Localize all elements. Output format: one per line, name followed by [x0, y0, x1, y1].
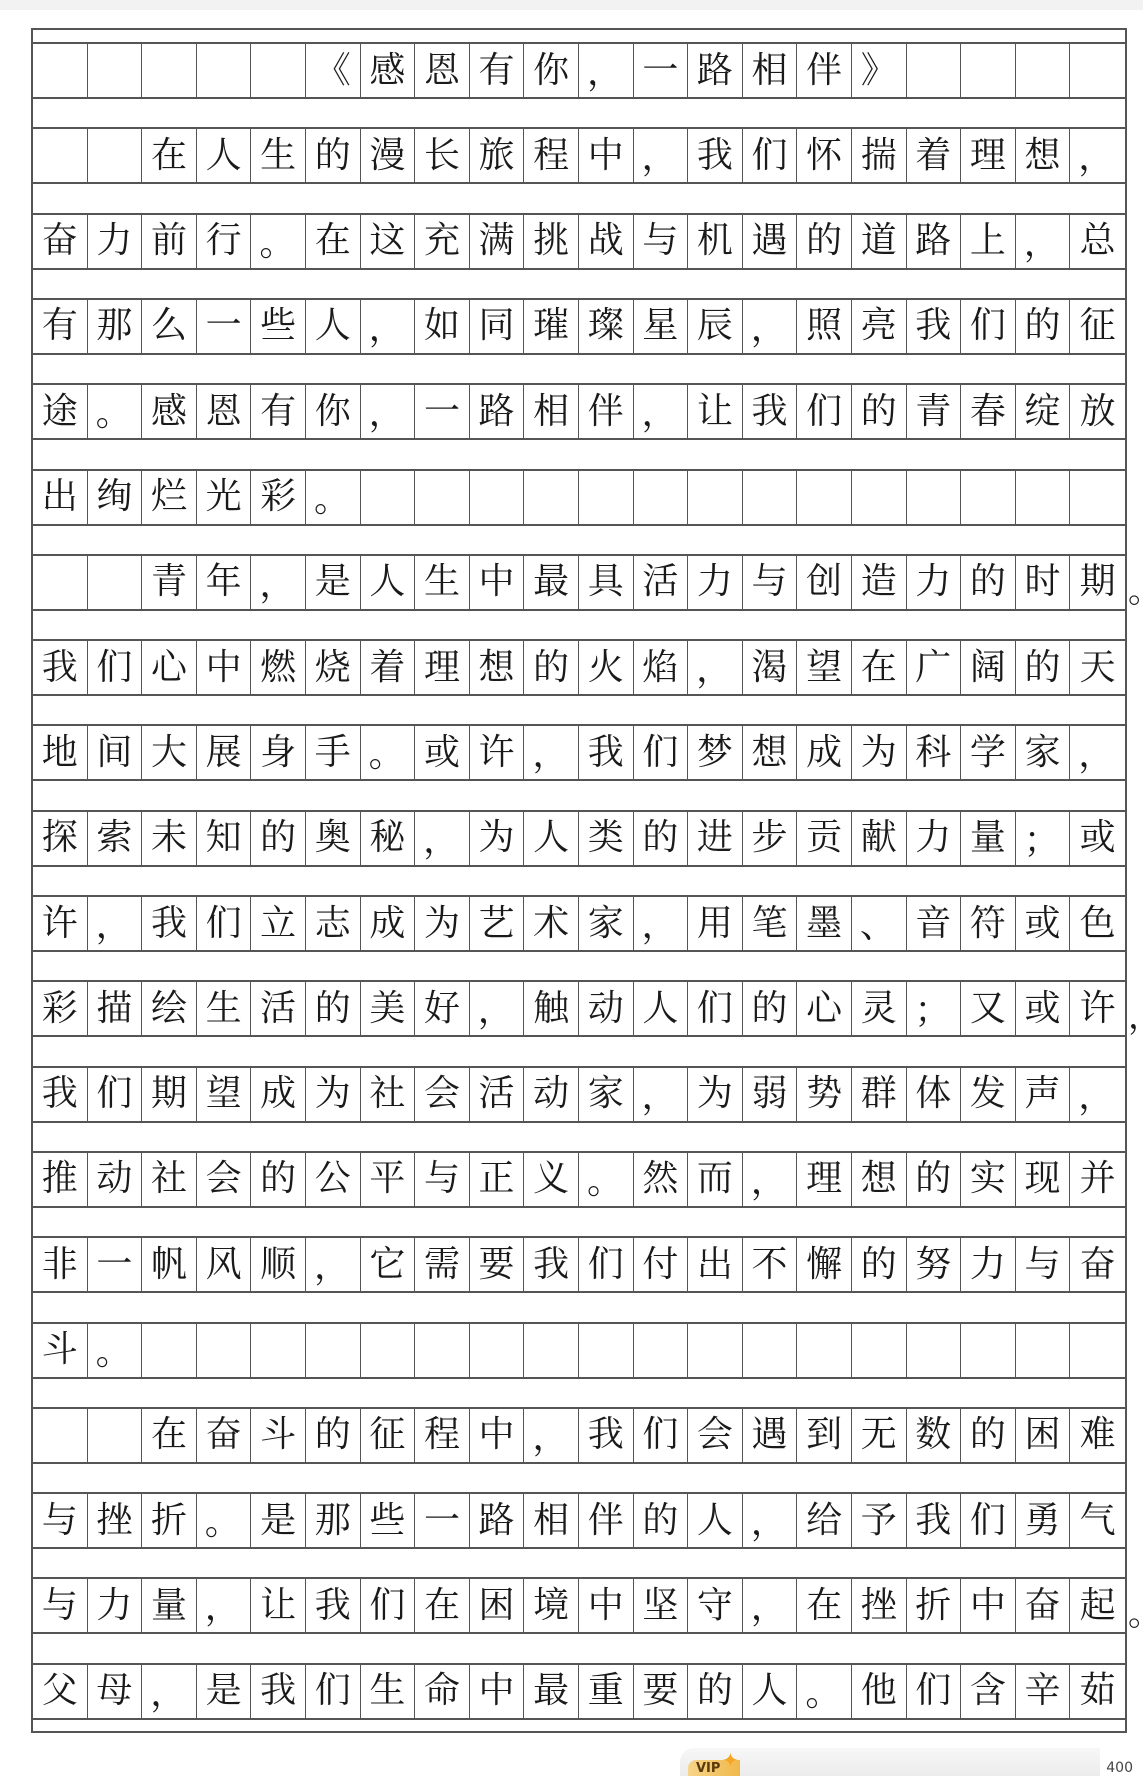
grid-cell: 人 [634, 982, 689, 1035]
grid-cell: 困 [470, 1579, 525, 1632]
grid-cell: 漫 [361, 129, 416, 182]
grid-cell: 伴 [579, 385, 634, 438]
grid-cell: 我 [579, 1409, 634, 1462]
grid-cell: 路 [688, 44, 743, 97]
grid-cell: 路 [470, 385, 525, 438]
grid-cell: 人 [197, 129, 252, 182]
grid-cell: 让 [688, 385, 743, 438]
grid-cell: ， [88, 897, 143, 950]
grid-cell: 长 [415, 129, 470, 182]
grid-cell: 展 [197, 726, 252, 779]
grid-cell: 让 [251, 1579, 306, 1632]
grid-cell: 。 [197, 1494, 252, 1547]
grid-cell [470, 471, 525, 524]
grid-cell: ， [415, 812, 470, 865]
grid-cell: 彩 [251, 471, 306, 524]
text-row: 与力量，让我们在困境中坚守，在挫折中奋起 [33, 1577, 1125, 1634]
grid-cell: 生 [361, 1665, 416, 1718]
grid-cell [197, 1324, 252, 1377]
grid-cell: 我 [33, 641, 88, 694]
grid-cell: 一 [197, 300, 252, 353]
grid-cell: 身 [251, 726, 306, 779]
grid-cell: 。 [88, 1324, 143, 1377]
grid-cell: 力 [907, 556, 962, 609]
grid-cell: 活 [251, 982, 306, 1035]
grid-cell [88, 1409, 143, 1462]
grid-cell: 焰 [634, 641, 689, 694]
grid-cell: 理 [415, 641, 470, 694]
grid-cell: 力 [688, 556, 743, 609]
grid-cell: 程 [415, 1409, 470, 1462]
grid-cell: 。 [579, 1153, 634, 1206]
grid-cell: 折 [142, 1494, 197, 1547]
grid-cell: 总 [1070, 215, 1125, 268]
grid-cell: 伴 [797, 44, 852, 97]
grid-cell [251, 44, 306, 97]
grid-cell: 路 [470, 1494, 525, 1547]
grid-cell: 辰 [688, 300, 743, 353]
grid-cell: 知 [197, 812, 252, 865]
grid-cell: 勇 [1016, 1494, 1071, 1547]
grid-cell: 我 [907, 300, 962, 353]
grid-cell: 大 [142, 726, 197, 779]
grid-cell: 在 [142, 129, 197, 182]
text-row: 许，我们立志成为艺术家，用笔墨、音符或色 [33, 895, 1125, 952]
grid-cell: ， [524, 726, 579, 779]
grid-cell: 绚 [88, 471, 143, 524]
grid-cell: 放 [1070, 385, 1125, 438]
grid-cell: 好 [415, 982, 470, 1035]
grid-cell: 的 [524, 641, 579, 694]
grid-cell: 量 [142, 1579, 197, 1632]
grid-cell: 未 [142, 812, 197, 865]
grid-cell: 人 [743, 1665, 798, 1718]
grid-cell: ， [142, 1665, 197, 1718]
grid-cell: 烧 [306, 641, 361, 694]
grid-cell: 的 [688, 1665, 743, 1718]
grid-cell: 路 [907, 215, 962, 268]
grid-cell: 成 [251, 1068, 306, 1121]
grid-cell: 并 [1070, 1153, 1125, 1206]
grid-cell: 顺 [251, 1238, 306, 1291]
grid-cell [1070, 1324, 1125, 1377]
grid-cell: 道 [852, 215, 907, 268]
grid-cell: 燃 [251, 641, 306, 694]
grid-cell: 程 [524, 129, 579, 182]
grid-cell: ， [743, 1153, 798, 1206]
grid-cell: 的 [907, 1153, 962, 1206]
grid-cell: ， [361, 385, 416, 438]
grid-cell: 想 [470, 641, 525, 694]
grid-cell: 璨 [579, 300, 634, 353]
overflow-punctuation: ， [1128, 1000, 1143, 1034]
grid-cell [852, 1324, 907, 1377]
grid-cell: 我 [33, 1068, 88, 1121]
grid-cell: 为 [306, 1068, 361, 1121]
grid-cell: 生 [197, 982, 252, 1035]
grid-cell: 坚 [634, 1579, 689, 1632]
grid-cell: 最 [524, 1665, 579, 1718]
grid-cell: 具 [579, 556, 634, 609]
grid-cell: 群 [852, 1068, 907, 1121]
grid-cell [852, 471, 907, 524]
grid-cell: ， [743, 300, 798, 353]
grid-cell [88, 556, 143, 609]
text-row: 推动社会的公平与正义。然而，理想的实现并 [33, 1151, 1125, 1208]
grid-cell: ； [1016, 812, 1071, 865]
text-row: 探索未知的奥秘，为人类的进步贡献力量；或 [33, 810, 1125, 867]
overflow-punctuation: 。 [1128, 1597, 1143, 1631]
grid-cell: 们 [579, 1238, 634, 1291]
grid-cell: 实 [961, 1153, 1016, 1206]
grid-cell: 数 [907, 1409, 962, 1462]
grid-cell [1070, 44, 1125, 97]
grid-cell: ， [361, 300, 416, 353]
composition-grid-paper: 《感恩有你，一路相伴》在人生的漫长旅程中，我们怀揣着理想，奋力前行。在这充满挑战… [31, 28, 1127, 1733]
grid-cell [1016, 44, 1071, 97]
grid-cell: 平 [361, 1153, 416, 1206]
grid-cell [907, 1324, 962, 1377]
grid-cell: 那 [306, 1494, 361, 1547]
grid-cell: 恩 [415, 44, 470, 97]
text-row: 出绚烂光彩。 [33, 469, 1125, 526]
grid-cell: 期 [1070, 556, 1125, 609]
grid-cell [415, 1324, 470, 1377]
grid-cell [33, 1409, 88, 1462]
grid-cell: 我 [907, 1494, 962, 1547]
grid-cell: 的 [852, 1238, 907, 1291]
grid-cell: 社 [142, 1153, 197, 1206]
grid-cell: 、 [852, 897, 907, 950]
grid-cell: 类 [579, 812, 634, 865]
grid-cell: 想 [743, 726, 798, 779]
grid-cell: 一 [415, 385, 470, 438]
grid-cell: 公 [306, 1153, 361, 1206]
grid-cell: 璀 [524, 300, 579, 353]
grid-cell: 不 [743, 1238, 798, 1291]
grid-cell: 满 [470, 215, 525, 268]
grid-cell: 们 [961, 1494, 1016, 1547]
grid-cell: 光 [197, 471, 252, 524]
grid-cell: ， [1070, 129, 1125, 182]
grid-cell: 与 [743, 556, 798, 609]
grid-cell: 些 [251, 300, 306, 353]
grid-cell [33, 556, 88, 609]
text-row: 青年，是人生中最具活力与创造力的时期 [33, 554, 1125, 611]
grid-cell: 又 [961, 982, 1016, 1035]
grid-cell: 为 [415, 897, 470, 950]
grid-cell [961, 44, 1016, 97]
grid-cell: 想 [1016, 129, 1071, 182]
grid-cell: 你 [306, 385, 361, 438]
text-row: 地间大展身手。或许，我们梦想成为科学家， [33, 724, 1125, 781]
grid-cell: 美 [361, 982, 416, 1035]
grid-cell: 声 [1016, 1068, 1071, 1121]
grid-cell: ， [197, 1579, 252, 1632]
grid-cell: 一 [634, 44, 689, 97]
grid-cell: 渴 [743, 641, 798, 694]
grid-cell: 努 [907, 1238, 962, 1291]
grid-cell: 的 [1016, 300, 1071, 353]
title-row: 《感恩有你，一路相伴》 [33, 42, 1125, 99]
grid-cell: 的 [797, 215, 852, 268]
grid-cell: 中 [961, 1579, 1016, 1632]
grid-cell: 活 [470, 1068, 525, 1121]
grid-cell: 与 [33, 1494, 88, 1547]
grid-cell: 相 [524, 1494, 579, 1547]
grid-cell: 们 [634, 726, 689, 779]
grid-cell [634, 1324, 689, 1377]
grid-cell: 符 [961, 897, 1016, 950]
grid-cell: 非 [33, 1238, 88, 1291]
text-row: 有那么一些人，如同璀璨星辰，照亮我们的征 [33, 298, 1125, 355]
grid-cell [907, 44, 962, 97]
grid-cell: 最 [524, 556, 579, 609]
grid-cell: 力 [88, 1579, 143, 1632]
grid-cell: 是 [251, 1494, 306, 1547]
grid-cell: 们 [88, 1068, 143, 1121]
grid-cell: 人 [361, 556, 416, 609]
grid-cell: 发 [961, 1068, 1016, 1121]
grid-cell: 照 [797, 300, 852, 353]
grid-cell: 那 [88, 300, 143, 353]
grid-cell: 的 [852, 385, 907, 438]
grid-cell: ， [634, 1068, 689, 1121]
grid-cell: 立 [251, 897, 306, 950]
grid-cell: ， [524, 1409, 579, 1462]
grid-cell: 些 [361, 1494, 416, 1547]
grid-cell: 想 [852, 1153, 907, 1206]
grid-cell: 而 [688, 1153, 743, 1206]
grid-cell: 们 [361, 1579, 416, 1632]
grid-cell: 势 [797, 1068, 852, 1121]
grid-cell [579, 1324, 634, 1377]
grid-cell: ， [1070, 1068, 1125, 1121]
grid-cell: 科 [907, 726, 962, 779]
grid-cell: 着 [361, 641, 416, 694]
grid-cell: 斗 [33, 1324, 88, 1377]
grid-cell: 有 [33, 300, 88, 353]
grid-cell [634, 471, 689, 524]
grid-cell: 索 [88, 812, 143, 865]
grid-cell: ， [743, 1579, 798, 1632]
grid-cell: 困 [1016, 1409, 1071, 1462]
grid-cell [415, 471, 470, 524]
grid-cell: 春 [961, 385, 1016, 438]
grid-cell: 战 [579, 215, 634, 268]
grid-cell: 感 [142, 385, 197, 438]
grid-cell: 的 [961, 556, 1016, 609]
grid-cell: 步 [743, 812, 798, 865]
grid-cell: 青 [142, 556, 197, 609]
grid-cell: 与 [1016, 1238, 1071, 1291]
grid-cell: 期 [142, 1068, 197, 1121]
grid-cell: 正 [470, 1153, 525, 1206]
grid-cell: 起 [1070, 1579, 1125, 1632]
grid-cell: 人 [688, 1494, 743, 1547]
grid-cell [361, 1324, 416, 1377]
grid-cell: 进 [688, 812, 743, 865]
grid-cell: 青 [907, 385, 962, 438]
grid-cell: 着 [907, 129, 962, 182]
grid-cell [524, 1324, 579, 1377]
text-row: 非一帆风顺，它需要我们付出不懈的努力与奋 [33, 1236, 1125, 1293]
grid-cell [579, 471, 634, 524]
grid-cell: 星 [634, 300, 689, 353]
grid-cell: 。 [361, 726, 416, 779]
grid-cell: 这 [361, 215, 416, 268]
grid-cell: 亮 [852, 300, 907, 353]
grid-cell: 献 [852, 812, 907, 865]
grid-cell: 帆 [142, 1238, 197, 1291]
grid-cell: 许 [470, 726, 525, 779]
grid-cell [361, 471, 416, 524]
text-row: 在人生的漫长旅程中，我们怀揣着理想， [33, 127, 1125, 184]
grid-cell: 给 [797, 1494, 852, 1547]
grid-cell: ， [1016, 215, 1071, 268]
grid-cell: 为 [470, 812, 525, 865]
grid-cell: 们 [907, 1665, 962, 1718]
grid-cell [1016, 471, 1071, 524]
grid-cell: 的 [251, 1153, 306, 1206]
grid-cell: 会 [688, 1409, 743, 1462]
grid-cell: 间 [88, 726, 143, 779]
grid-cell [524, 471, 579, 524]
grid-cell: 如 [415, 300, 470, 353]
grid-cell: 年 [197, 556, 252, 609]
grid-cell: 一 [88, 1238, 143, 1291]
grid-cell [197, 44, 252, 97]
grid-cell: 地 [33, 726, 88, 779]
grid-cell: 术 [524, 897, 579, 950]
text-row: 彩描绘生活的美好，触动人们的心灵；又或许 [33, 980, 1125, 1037]
grid-cell: 描 [88, 982, 143, 1035]
overflow-punctuation: 。 [1128, 574, 1143, 608]
grid-cell: 前 [142, 215, 197, 268]
grid-cell: 命 [415, 1665, 470, 1718]
grid-cell: 秘 [361, 812, 416, 865]
grid-cell: 它 [361, 1238, 416, 1291]
grid-cell: 人 [524, 812, 579, 865]
grid-cell [797, 471, 852, 524]
grid-cell: 我 [743, 385, 798, 438]
grid-cell: 为 [852, 726, 907, 779]
grid-cell: 懈 [797, 1238, 852, 1291]
grid-cell: 活 [634, 556, 689, 609]
text-row: 我们心中燃烧着理想的火焰，渴望在广阔的天 [33, 639, 1125, 696]
grid-cell [88, 129, 143, 182]
grid-cell: 成 [797, 726, 852, 779]
grid-cell: 风 [197, 1238, 252, 1291]
grid-cell: 挫 [88, 1494, 143, 1547]
grid-cell: 为 [688, 1068, 743, 1121]
grid-cell: 充 [415, 215, 470, 268]
grid-cell: 我 [524, 1238, 579, 1291]
grid-cell: 创 [797, 556, 852, 609]
grid-cell: 学 [961, 726, 1016, 779]
grid-cell [251, 1324, 306, 1377]
grid-cell: ； [907, 982, 962, 1035]
grid-cell: 我 [306, 1579, 361, 1632]
grid-cell: 旅 [470, 129, 525, 182]
grid-cell: 志 [306, 897, 361, 950]
grid-cell: 的 [743, 982, 798, 1035]
grid-cell: ， [634, 129, 689, 182]
grid-cell: ， [1070, 726, 1125, 779]
grid-cell: 理 [797, 1153, 852, 1206]
vip-bar[interactable] [680, 1748, 1100, 1776]
grid-cell: 是 [306, 556, 361, 609]
grid-cell: 有 [470, 44, 525, 97]
grid-cell: 们 [88, 641, 143, 694]
grid-cell: 或 [1070, 812, 1125, 865]
grid-cell: 遇 [743, 215, 798, 268]
grid-cell: 时 [1016, 556, 1071, 609]
grid-cell: 。 [797, 1665, 852, 1718]
grid-cell: 奥 [306, 812, 361, 865]
grid-cell: 相 [743, 44, 798, 97]
grid-cell: 望 [197, 1068, 252, 1121]
grid-cell: 许 [1070, 982, 1125, 1035]
text-row: 斗。 [33, 1322, 1125, 1379]
text-row: 与挫折。是那些一路相伴的人，给予我们勇气 [33, 1492, 1125, 1549]
grid-cell [470, 1324, 525, 1377]
grid-cell: 上 [961, 215, 1016, 268]
grid-cell: 梦 [688, 726, 743, 779]
grid-cell: 造 [852, 556, 907, 609]
grid-cell: 烂 [142, 471, 197, 524]
grid-cell: 在 [142, 1409, 197, 1462]
grid-cell: 或 [1016, 982, 1071, 1035]
grid-cell: 火 [579, 641, 634, 694]
grid-cell: 恩 [197, 385, 252, 438]
grid-cell: 境 [524, 1579, 579, 1632]
text-row: 在奋斗的征程中，我们会遇到无数的困难 [33, 1407, 1125, 1464]
grid-cell: 揣 [852, 129, 907, 182]
grid-cell: 义 [524, 1153, 579, 1206]
text-row: 我们期望成为社会活动家，为弱势群体发声， [33, 1066, 1125, 1123]
grid-cell: 贡 [797, 812, 852, 865]
grid-cell: 家 [1016, 726, 1071, 779]
grid-cell: 触 [524, 982, 579, 1035]
grid-cell: 怀 [797, 129, 852, 182]
grid-cell: 的 [1016, 641, 1071, 694]
grid-cell: 中 [579, 129, 634, 182]
grid-cell: 奋 [1070, 1238, 1125, 1291]
grid-cell: ， [251, 556, 306, 609]
grid-cell: 力 [961, 1238, 1016, 1291]
grid-cell: 在 [415, 1579, 470, 1632]
grid-cell: 折 [907, 1579, 962, 1632]
grid-cell: 笔 [743, 897, 798, 950]
grid-cell: 我 [579, 726, 634, 779]
grid-cell [306, 1324, 361, 1377]
grid-cell: 绽 [1016, 385, 1071, 438]
grid-cell: 同 [470, 300, 525, 353]
grid-cell: 奋 [33, 215, 88, 268]
text-row: 父母，是我们生命中最重要的人。他们含辛茹 [33, 1663, 1125, 1720]
grid-cell: 与 [634, 215, 689, 268]
grid-cell: 我 [142, 897, 197, 950]
grid-cell: 动 [88, 1153, 143, 1206]
grid-cell: 征 [361, 1409, 416, 1462]
grid-cell: 中 [470, 556, 525, 609]
grid-cell: 的 [306, 982, 361, 1035]
grid-cell: 与 [415, 1153, 470, 1206]
grid-cell: ， [579, 44, 634, 97]
text-row: 途。感恩有你，一路相伴，让我们的青春绽放 [33, 383, 1125, 440]
grid-cell: 心 [142, 641, 197, 694]
